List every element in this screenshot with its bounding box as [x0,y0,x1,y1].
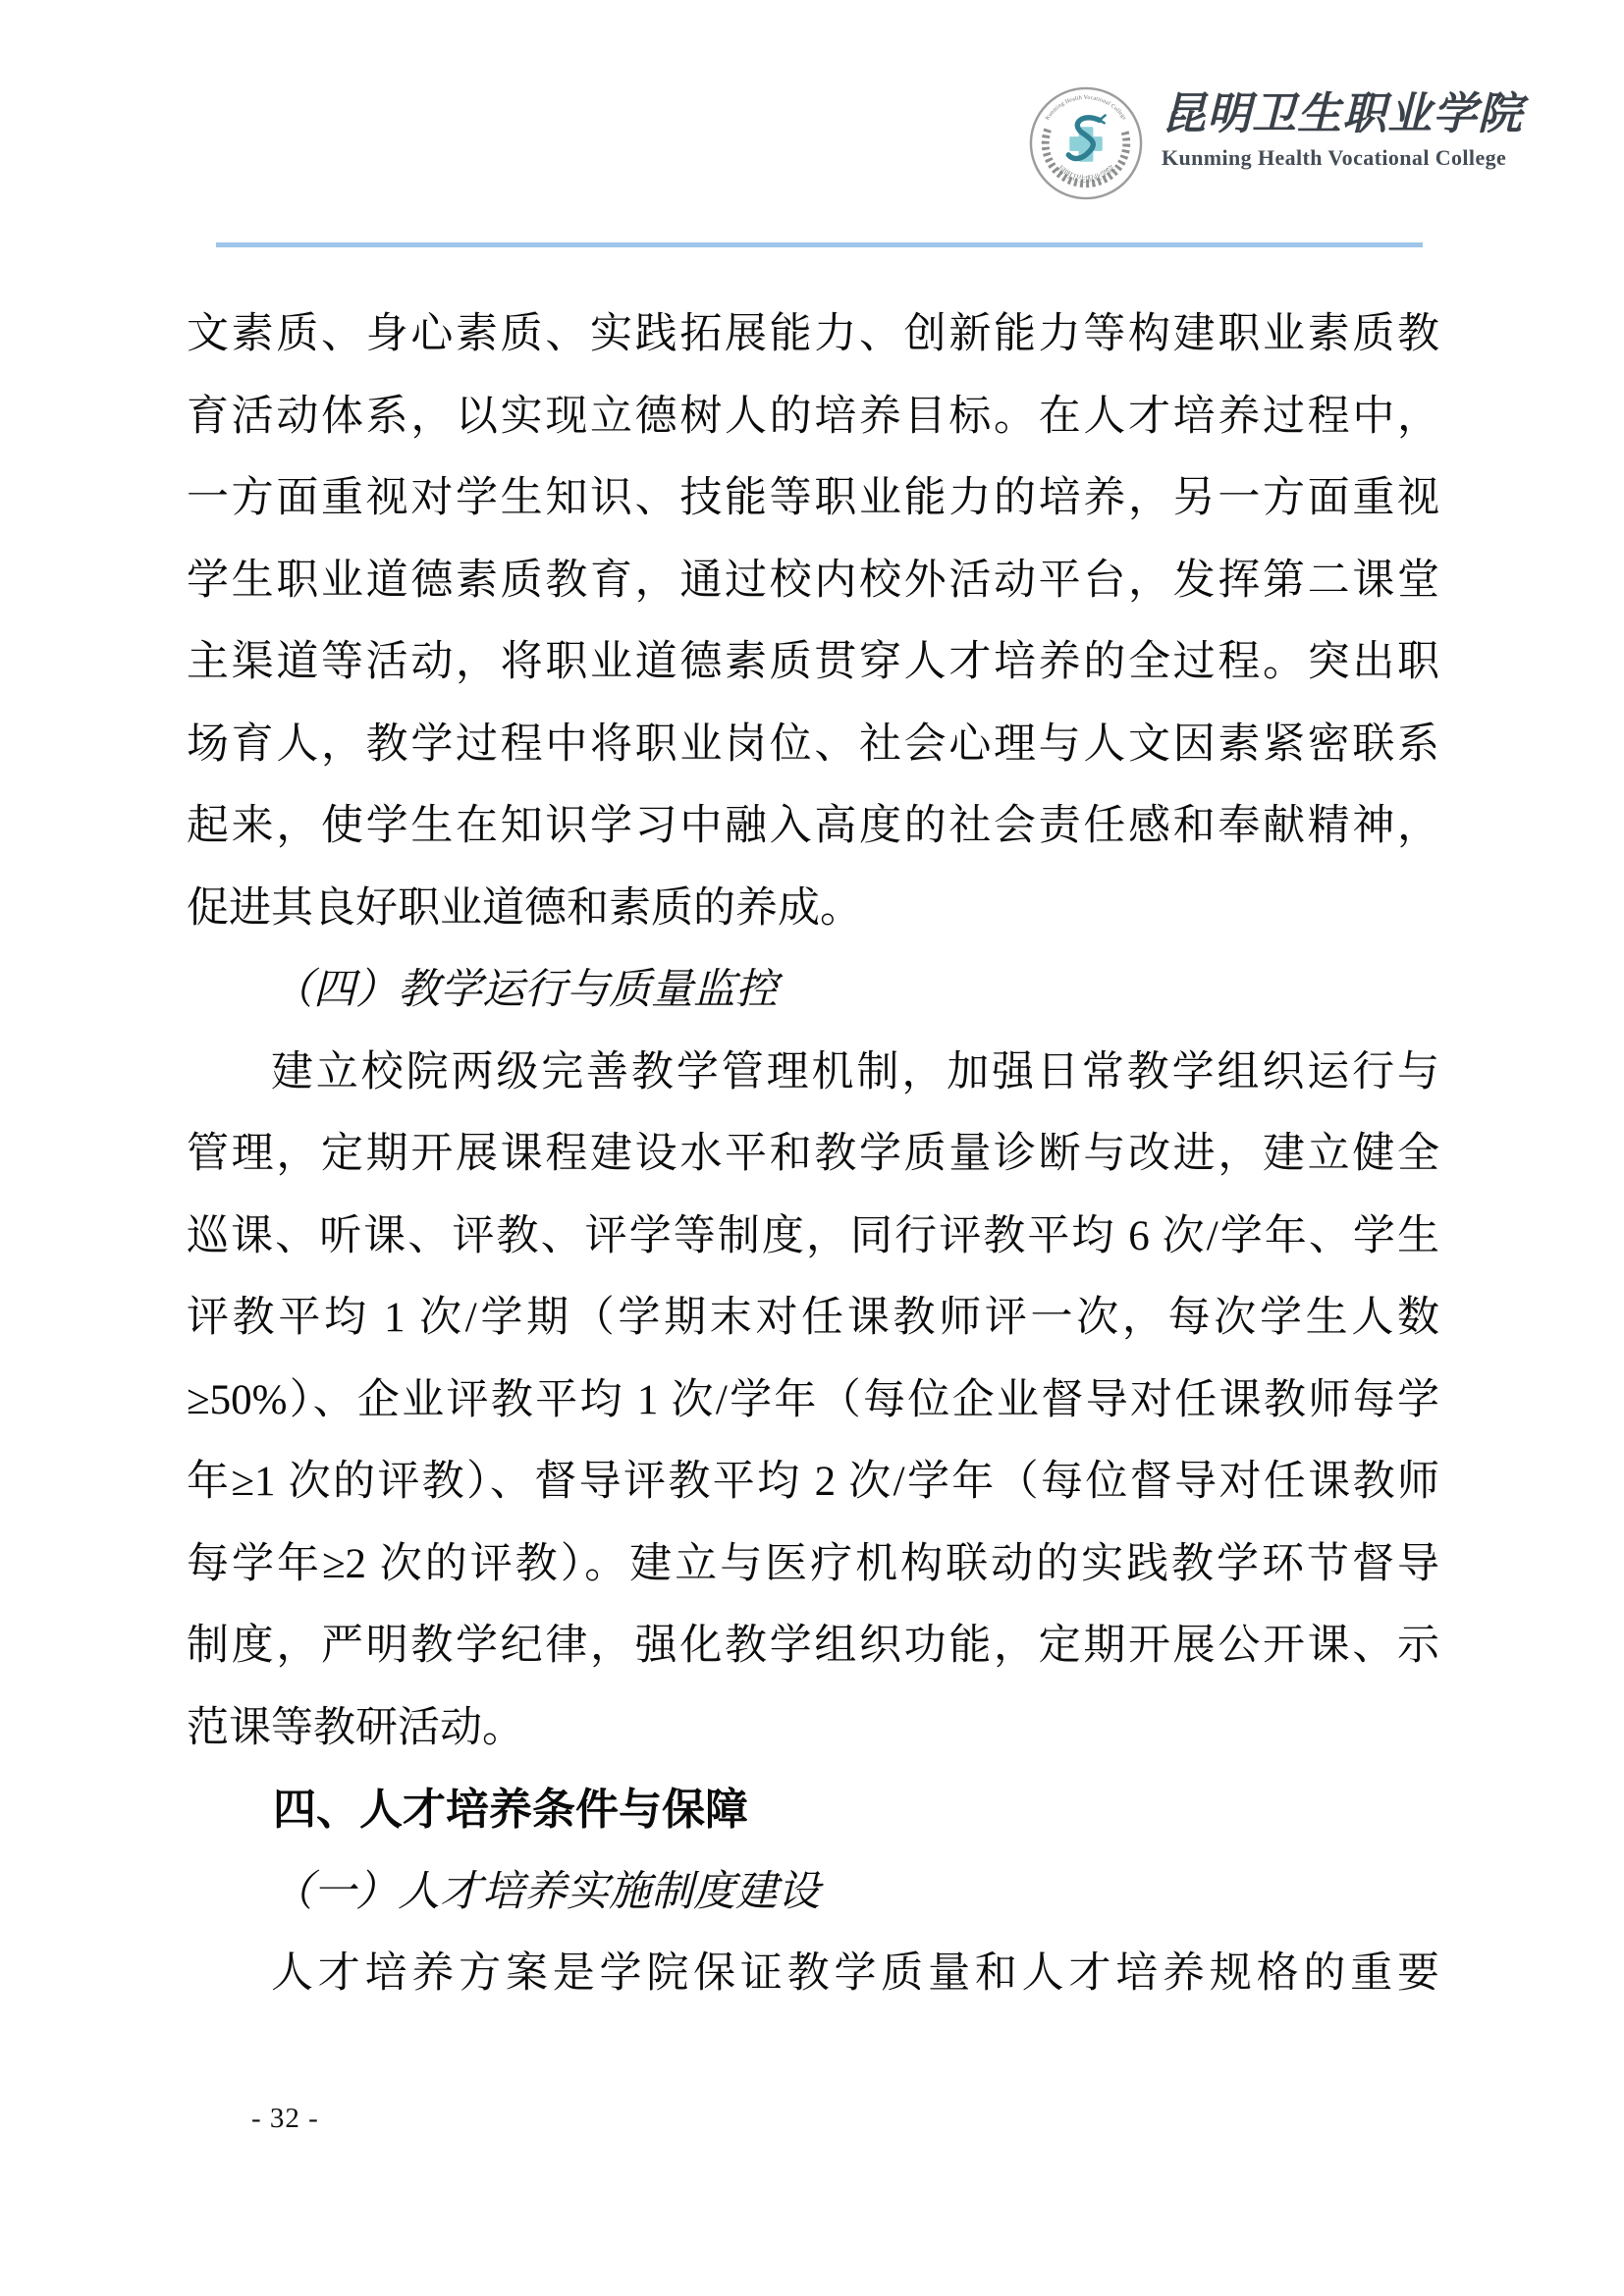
paragraph-line: 人才培养方案是学院保证教学质量和人才培养规格的重要 [187,1933,1439,2015]
paragraph-line: 育活动体系，以实现立德树人的培养目标。在人才培养过程中， [187,376,1439,458]
paragraph-line: 主渠道等活动，将职业道德素质贯穿人才培养的全过程。突出职 [187,621,1439,704]
paragraph-line: 一方面重视对学生知识、技能等职业能力的培养，另一方面重视 [187,457,1439,540]
subsection-heading: （四）教学运行与质量监控 [187,949,1439,1032]
subsection-heading: （一）人才培养实施制度建设 [187,1851,1439,1934]
paragraph-line: 制度，严明教学纪律，强化教学组织功能，定期开展公开课、示 [187,1605,1439,1687]
paragraph-line: 范课等教研活动。 [187,1687,1439,1770]
paragraph-line: 起来，使学生在知识学习中融入高度的社会责任感和奉献精神， [187,785,1439,868]
paragraph-line: ≥50%）、企业评教平均 1 次/学年（每位企业督导对任课教师每学 [187,1360,1439,1442]
paragraph-line: 每学年≥2 次的评教）。建立与医疗机构联动的实践教学环节督导 [187,1523,1439,1606]
paragraph-line: 学生职业道德素质教育，通过校内校外活动平台，发挥第二课堂 [187,540,1439,622]
paragraph-line: 场育人，教学过程中将职业岗位、社会心理与人文因素紧密联系 [187,704,1439,786]
paragraph-line: 建立校院两级完善教学管理机制，加强日常教学组织运行与 [187,1032,1439,1114]
document-page: Kunming Health Vocational College 昆明卫生职业… [0,0,1624,2296]
document-body: 文素质、身心素质、实践拓展能力、创新能力等构建职业素质教 育活动体系，以实现立德… [187,294,1439,2015]
paragraph-line: 管理，定期开展课程建设水平和教学质量诊断与改进，建立健全 [187,1113,1439,1196]
paragraph-line: 促进其良好职业道德和素质的养成。 [187,868,1439,950]
paragraph-line: 评教平均 1 次/学期（学期末对任课教师评一次，每次学生人数 [187,1277,1439,1360]
college-wordmark: 昆明卫生职业学院 Kunming Health Vocational Colle… [1162,90,1515,171]
header-divider-rule [216,242,1423,247]
page-number: - 32 - [251,2103,319,2135]
section-heading: 四、人才培养条件与保障 [187,1769,1439,1851]
college-name-chinese-calligraphy: 昆明卫生职业学院 [1162,90,1515,139]
college-seal-logo: Kunming Health Vocational College 昆明卫生职业… [1027,84,1145,202]
paragraph-line: 巡课、听课、评教、评学等制度，同行评教平均 6 次/学年、学生 [187,1196,1439,1278]
college-name-english: Kunming Health Vocational College [1162,145,1515,171]
paragraph-line: 年≥1 次的评教）、督导评教平均 2 次/学年（每位督导对任课教师 [187,1441,1439,1523]
paragraph-line: 文素质、身心素质、实践拓展能力、创新能力等构建职业素质教 [187,294,1439,376]
